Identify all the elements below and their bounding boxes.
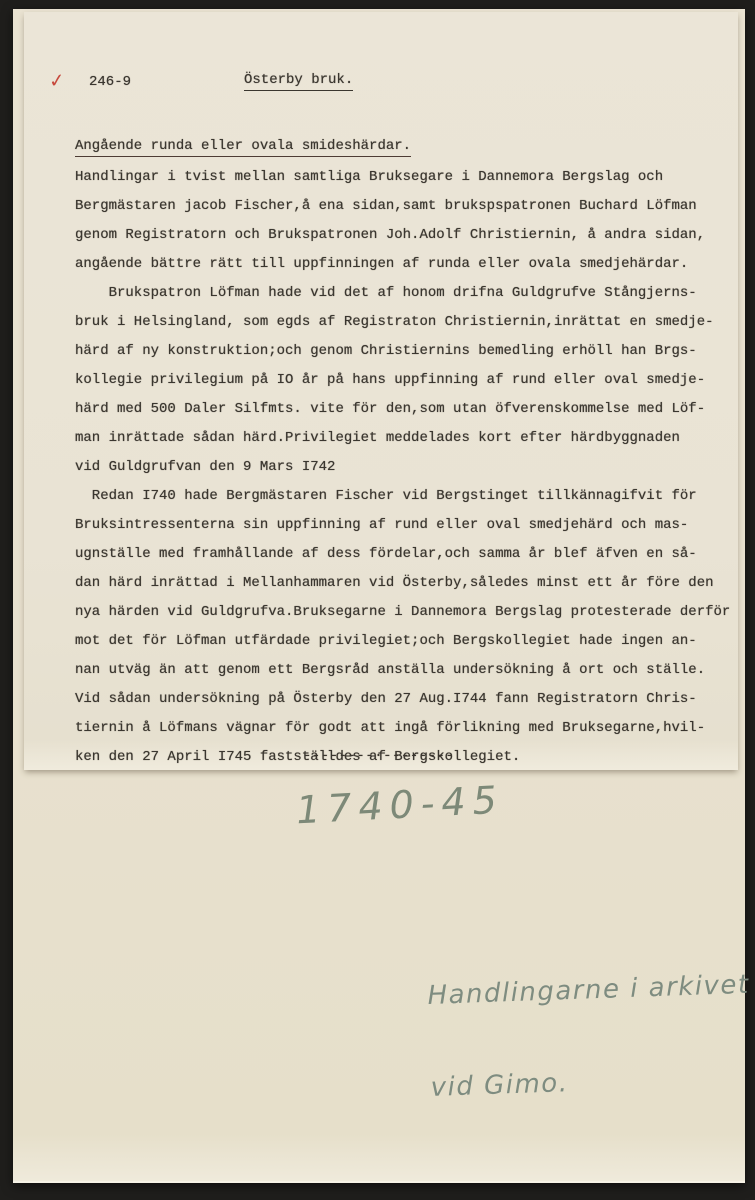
typed-line: genom Registratorn och Brukspatronen Joh… (75, 221, 730, 250)
typed-line: vid Guldgrufvan den 9 Mars I742 (75, 453, 730, 482)
scanned-document-page: ✓ 246-9 Österby bruk. Angående runda ell… (0, 0, 755, 1200)
typed-line: nan utväg än att genom ett Bergsråd anst… (75, 656, 730, 685)
typed-line: man inrättade sådan härd.Privilegiet med… (75, 424, 730, 453)
typed-line: dan härd inrättad i Mellanhammaren vid Ö… (75, 569, 730, 598)
section-heading: Angående runda eller ovala smideshärdar. (75, 138, 411, 157)
typed-line: mot det för Löfman utfärdade privilegiet… (75, 627, 730, 656)
page-title: Österby bruk. (244, 72, 353, 91)
typed-line: Brukspatron Löfman hade vid det af honom… (75, 279, 730, 308)
typed-line: ugnställe med framhållande af dess förde… (75, 540, 730, 569)
typed-line: kollegie privilegium på IO år på hans up… (75, 366, 730, 395)
typed-line: Vid sådan undersökning på Österby den 27… (75, 685, 730, 714)
red-checkmark-icon: ✓ (48, 69, 66, 93)
typed-line: härd med 500 Daler Silfmts. vite för den… (75, 395, 730, 424)
reference-number: 246-9 (89, 74, 131, 90)
typed-line: angående bättre rätt till uppfinningen a… (75, 250, 730, 279)
typed-line: nya härden vid Guldgrufva.Bruksegarne i … (75, 598, 730, 627)
typed-line: Bruksintressenterna sin uppfinning af ru… (75, 511, 730, 540)
handwritten-archive-note: Handlingarne i arkivet vid Gimo. (386, 916, 755, 1158)
note-line-1: Handlingarne i arkivet (427, 970, 750, 1011)
note-line-2: vid Gimo. (430, 1068, 569, 1103)
typed-line: härd af ny konstruktion;och genom Christ… (75, 337, 730, 366)
typed-line: tiernin å Löfmans vägnar för godt att in… (75, 714, 730, 743)
typed-line: Handlingar i tvist mellan samtliga Bruks… (75, 163, 730, 192)
typed-body: Handlingar i tvist mellan samtliga Bruks… (75, 163, 730, 772)
typed-line: Redan I740 hade Bergmästaren Fischer vid… (75, 482, 730, 511)
typed-line: bruk i Helsingland, som egds af Registra… (75, 308, 730, 337)
typed-line: Bergmästaren jacob Fischer,å ena sidan,s… (75, 192, 730, 221)
typed-divider: --------·-------- (303, 748, 454, 764)
